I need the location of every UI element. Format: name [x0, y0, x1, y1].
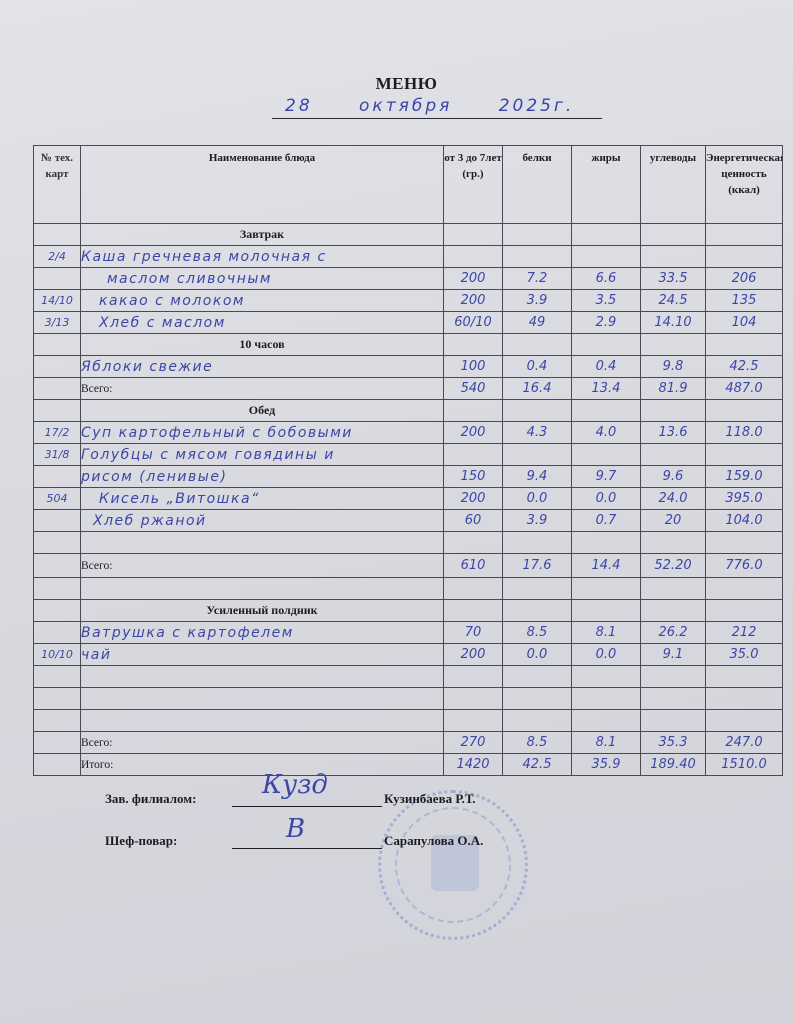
dish-name: Суп картофельный с бобовыми — [81, 422, 444, 444]
dish-name: Каша гречневая молочная с — [81, 246, 444, 268]
protein-total: 17.6 — [503, 554, 572, 578]
total-label: Всего: — [81, 378, 444, 400]
tech-card-number: 504 — [34, 488, 81, 510]
total-row-morning: Всего: 540 16.4 13.4 81.9 487.0 — [34, 378, 783, 400]
protein-total: 8.5 — [503, 732, 572, 754]
dish-name: маслом сливочным — [81, 268, 444, 290]
protein-value: 0.4 — [503, 356, 572, 378]
chef-signature: В — [286, 814, 305, 844]
protein-value: 3.9 — [503, 510, 572, 532]
tech-card-number: 3/13 — [34, 312, 81, 334]
empty-row — [34, 666, 783, 688]
portion-value: 70 — [444, 622, 503, 644]
portion-value: 200 — [444, 488, 503, 510]
energy-value: 395.0 — [706, 488, 783, 510]
manager-signature: Кузд — [262, 770, 328, 800]
energy-value: 104.0 — [706, 510, 783, 532]
fat-total: 13.4 — [572, 378, 641, 400]
dish-name: Ватрушка с картофелем — [81, 622, 444, 644]
dish-name: рисом (ленивые) — [81, 466, 444, 488]
table-row: Хлеб ржаной 60 3.9 0.7 20 104.0 — [34, 510, 783, 532]
portion-value: 200 — [444, 268, 503, 290]
fat-value: 0.4 — [572, 356, 641, 378]
empty-row — [34, 710, 783, 732]
empty-row — [34, 578, 783, 600]
header-protein: белки — [503, 146, 572, 224]
fat-value: 0.0 — [572, 488, 641, 510]
total-label: Всего: — [81, 554, 444, 578]
table-row: Яблоки свежие 100 0.4 0.4 9.8 42.5 — [34, 356, 783, 378]
dish-name: Голубцы с мясом говядины и — [81, 444, 444, 466]
carbs-value: 9.1 — [641, 644, 706, 666]
fat-value: 3.5 — [572, 290, 641, 312]
tech-card-number: 17/2 — [34, 422, 81, 444]
total-row-afternoon: Всего: 270 8.5 8.1 35.3 247.0 — [34, 732, 783, 754]
fat-value: 4.0 — [572, 422, 641, 444]
chef-label: Шеф-повар: — [105, 833, 177, 849]
chef-signature-line — [232, 848, 382, 849]
table-row: 3/13 Хлеб с маслом 60/10 49 2.9 14.10 10… — [34, 312, 783, 334]
table-row: 10/10 чай 200 0.0 0.0 9.1 35.0 — [34, 644, 783, 666]
fat-value: 8.1 — [572, 622, 641, 644]
header-portion: от 3 до 7лет (гр.) — [444, 146, 503, 224]
total-label: Всего: — [81, 732, 444, 754]
carbs-value: 13.6 — [641, 422, 706, 444]
dish-name: Яблоки свежие — [81, 356, 444, 378]
portion-value: 60/10 — [444, 312, 503, 334]
energy-total: 487.0 — [706, 378, 783, 400]
table-row: рисом (ленивые) 150 9.4 9.7 9.6 159.0 — [34, 466, 783, 488]
portion-value: 200 — [444, 290, 503, 312]
chef-name: Сарапулова О.А. — [384, 833, 483, 849]
portion-value: 100 — [444, 356, 503, 378]
carbs-value: 24.0 — [641, 488, 706, 510]
tech-card-number — [34, 466, 81, 488]
section-row-lunch: Обед — [34, 400, 783, 422]
fat-value: 0.0 — [572, 644, 641, 666]
carbs-grand-total: 189.40 — [641, 754, 706, 776]
energy-grand-total: 1510.0 — [706, 754, 783, 776]
total-row-lunch: Всего: 610 17.6 14.4 52.20 776.0 — [34, 554, 783, 578]
energy-value: 118.0 — [706, 422, 783, 444]
tech-card-number: 14/10 — [34, 290, 81, 312]
energy-total: 247.0 — [706, 732, 783, 754]
tech-card-number — [34, 510, 81, 532]
menu-table: № тех. карт Наименование блюда от 3 до 7… — [33, 145, 783, 776]
dish-name: Хлеб ржаной — [81, 510, 444, 532]
portion-value: 200 — [444, 422, 503, 444]
table-row: 17/2 Суп картофельный с бобовыми 200 4.3… — [34, 422, 783, 444]
energy-value: 159.0 — [706, 466, 783, 488]
fat-value: 9.7 — [572, 466, 641, 488]
grand-total-row: Итого: 1420 42.5 35.9 189.40 1510.0 — [34, 754, 783, 776]
section-title: Завтрак — [81, 224, 444, 246]
protein-value: 9.4 — [503, 466, 572, 488]
date-underline — [272, 118, 602, 119]
table-row: 14/10 какао с молоком 200 3.9 3.5 24.5 1… — [34, 290, 783, 312]
protein-value: 7.2 — [503, 268, 572, 290]
section-title: Усиленный полдник — [81, 600, 444, 622]
table-row: маслом сливочным 200 7.2 6.6 33.5 206 — [34, 268, 783, 290]
section-title: Обед — [81, 400, 444, 422]
carbs-total: 52.20 — [641, 554, 706, 578]
fat-grand-total: 35.9 — [572, 754, 641, 776]
protein-grand-total: 42.5 — [503, 754, 572, 776]
table-header-row: № тех. карт Наименование блюда от 3 до 7… — [34, 146, 783, 224]
table-row: 31/8 Голубцы с мясом говядины и — [34, 444, 783, 466]
table-row: Ватрушка с картофелем 70 8.5 8.1 26.2 21… — [34, 622, 783, 644]
header-dish-name: Наименование блюда — [81, 146, 444, 224]
empty-row — [34, 532, 783, 554]
energy-value: 212 — [706, 622, 783, 644]
protein-value: 0.0 — [503, 488, 572, 510]
protein-value: 49 — [503, 312, 572, 334]
energy-value: 35.0 — [706, 644, 783, 666]
protein-total: 16.4 — [503, 378, 572, 400]
manager-name: Кузинбаева Р.Т. — [384, 791, 476, 807]
dish-name: Кисель „Витошка“ — [81, 488, 444, 510]
tech-card-number — [34, 356, 81, 378]
manager-label: Зав. филиалом: — [105, 791, 197, 807]
protein-value: 8.5 — [503, 622, 572, 644]
tech-card-number: 31/8 — [34, 444, 81, 466]
energy-value: 104 — [706, 312, 783, 334]
carbs-value: 20 — [641, 510, 706, 532]
menu-date: 28 октября 2025г. — [285, 96, 605, 116]
manager-signature-line — [232, 806, 382, 807]
fat-total: 8.1 — [572, 732, 641, 754]
dish-name: чай — [81, 644, 444, 666]
protein-value: 3.9 — [503, 290, 572, 312]
fat-total: 14.4 — [572, 554, 641, 578]
empty-row — [34, 688, 783, 710]
portion-grand-total: 1420 — [444, 754, 503, 776]
table-row: 504 Кисель „Витошка“ 200 0.0 0.0 24.0 39… — [34, 488, 783, 510]
energy-value: 42.5 — [706, 356, 783, 378]
carbs-value: 26.2 — [641, 622, 706, 644]
portion-value: 200 — [444, 644, 503, 666]
tech-card-number — [34, 268, 81, 290]
section-row-breakfast: Завтрак — [34, 224, 783, 246]
table-row: 2/4 Каша гречневая молочная с — [34, 246, 783, 268]
portion-total: 610 — [444, 554, 503, 578]
dish-name: Хлеб с маслом — [81, 312, 444, 334]
portion-total: 540 — [444, 378, 503, 400]
header-energy: Энергетическая ценность (ккал) — [706, 146, 783, 224]
tech-card-number: 10/10 — [34, 644, 81, 666]
header-fat: жиры — [572, 146, 641, 224]
section-row-afternoon-snack: Усиленный полдник — [34, 600, 783, 622]
dish-name: какао с молоком — [81, 290, 444, 312]
protein-value: 4.3 — [503, 422, 572, 444]
carbs-total: 81.9 — [641, 378, 706, 400]
energy-value: 135 — [706, 290, 783, 312]
carbs-value: 14.10 — [641, 312, 706, 334]
section-row-10-oclock: 10 часов — [34, 334, 783, 356]
tech-card-number: 2/4 — [34, 246, 81, 268]
energy-total: 776.0 — [706, 554, 783, 578]
section-title: 10 часов — [81, 334, 444, 356]
carbs-total: 35.3 — [641, 732, 706, 754]
menu-title: МЕНЮ — [0, 74, 793, 94]
carbs-value: 9.6 — [641, 466, 706, 488]
protein-value: 0.0 — [503, 644, 572, 666]
fat-value: 0.7 — [572, 510, 641, 532]
carbs-value: 9.8 — [641, 356, 706, 378]
portion-value: 150 — [444, 466, 503, 488]
fat-value: 6.6 — [572, 268, 641, 290]
header-carbs: углеводы — [641, 146, 706, 224]
carbs-value: 24.5 — [641, 290, 706, 312]
portion-total: 270 — [444, 732, 503, 754]
fat-value: 2.9 — [572, 312, 641, 334]
portion-value: 60 — [444, 510, 503, 532]
header-tech-card-number: № тех. карт — [34, 146, 81, 224]
energy-value: 206 — [706, 268, 783, 290]
official-stamp — [378, 790, 528, 940]
carbs-value: 33.5 — [641, 268, 706, 290]
tech-card-number — [34, 622, 81, 644]
